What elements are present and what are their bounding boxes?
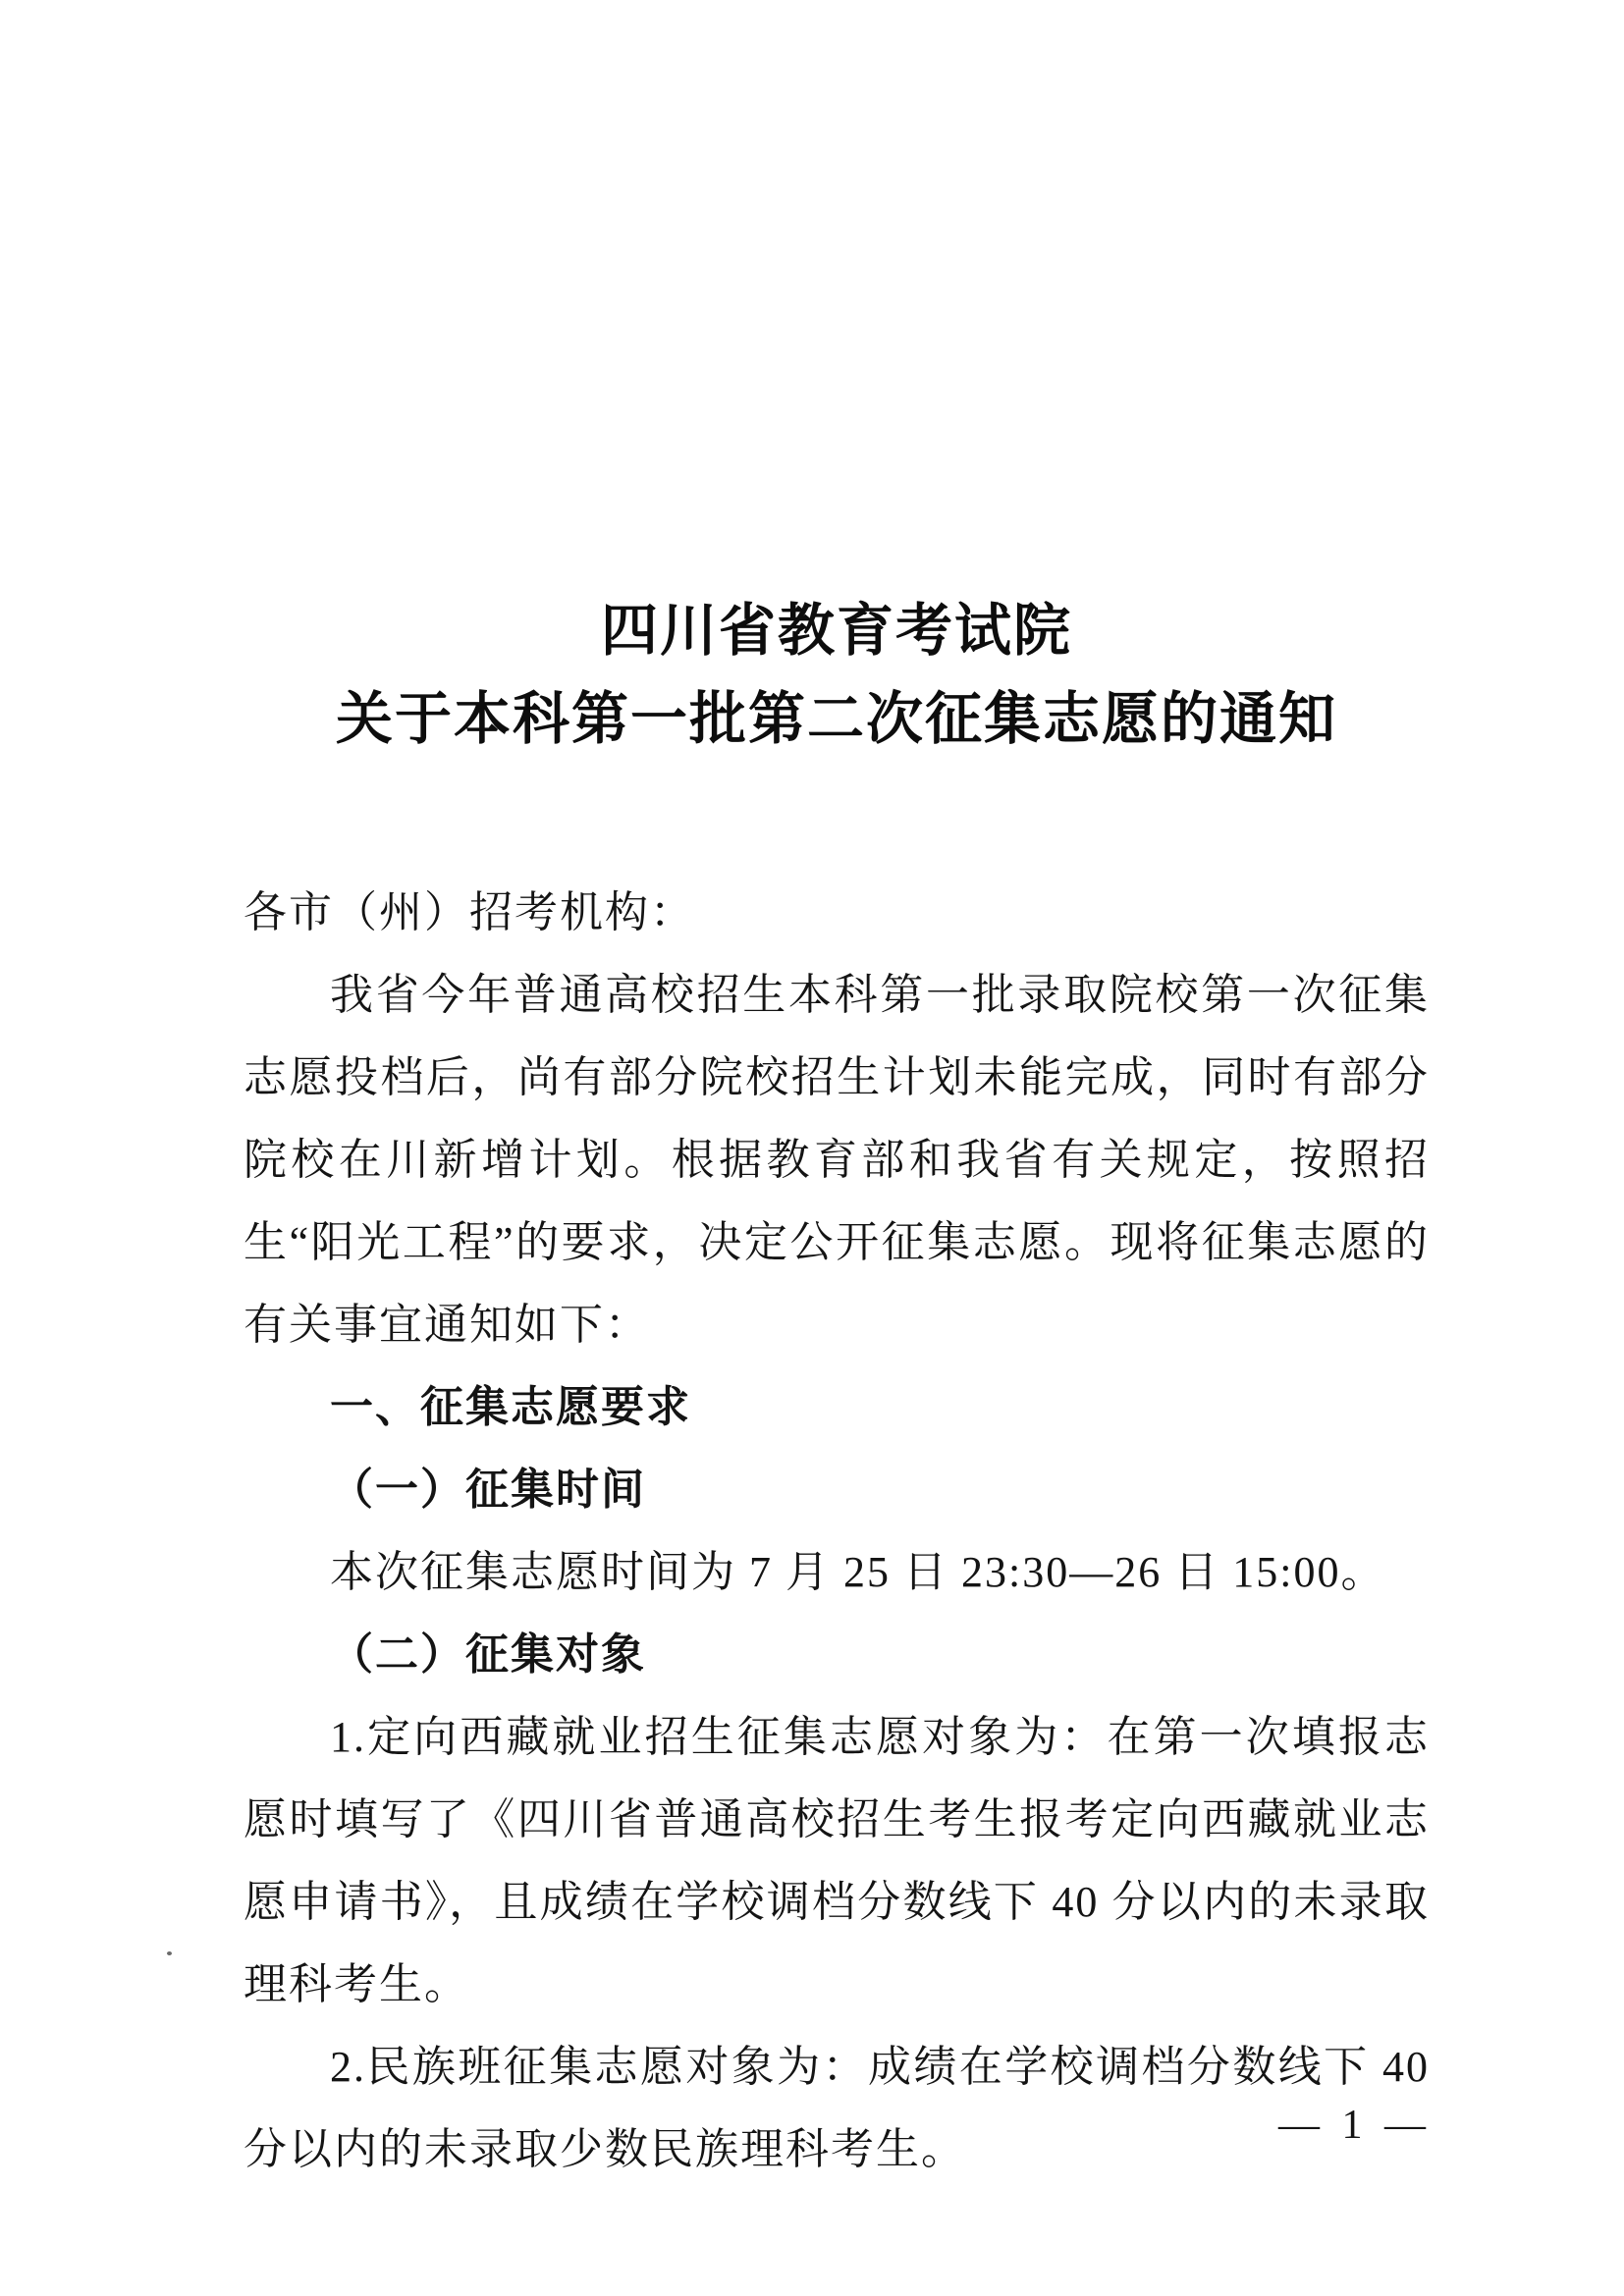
document-page: 四川省教育考试院 关于本科第一批第二次征集志愿的通知 各市（州）招考机构： 我省… <box>0 0 1624 2296</box>
page-number: — 1 — <box>1278 2102 1432 2149</box>
title-line-2: 关于本科第一批第二次征集志愿的通知 <box>244 675 1430 764</box>
document-title: 四川省教育考试院 关于本科第一批第二次征集志愿的通知 <box>244 587 1430 764</box>
paragraph-target-minority: 2.民族班征集志愿对象为：成绩在学校调档分数线下 40 分以内的未录取少数民族理… <box>244 2026 1430 2191</box>
heading-section-1-2: （二）征集对象 <box>244 1614 1430 1696</box>
salutation: 各市（州）招考机构： <box>244 872 1430 954</box>
document-content: 四川省教育考试院 关于本科第一批第二次征集志愿的通知 各市（州）招考机构： 我省… <box>244 0 1430 2191</box>
paragraph-target-tibet: 1.定向西藏就业招生征集志愿对象为：在第一次填报志愿时填写了《四川省普通高校招生… <box>244 1696 1430 2026</box>
title-line-1: 四川省教育考试院 <box>244 587 1430 675</box>
heading-section-1-1: （一）征集时间 <box>244 1449 1430 1531</box>
scan-artifact-dot <box>167 1951 172 1955</box>
paragraph-collection-time: 本次征集志愿时间为 7 月 25 日 23:30—26 日 15:00。 <box>244 1531 1430 1614</box>
paragraph-intro: 我省今年普通高校招生本科第一批录取院校第一次征集志愿投档后，尚有部分院校招生计划… <box>244 954 1430 1366</box>
heading-section-1: 一、征集志愿要求 <box>244 1366 1430 1449</box>
